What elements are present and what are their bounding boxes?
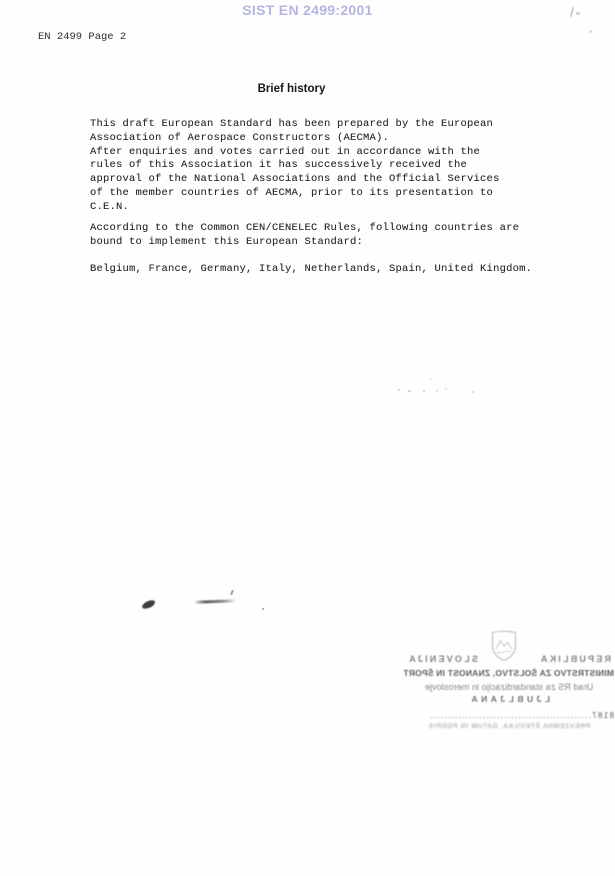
scan-dust-speck [423,390,425,392]
ministry-stamp-mirrored: REPUBLIKA SLOVENIJA MINISTRSTVO ZA ŠOLST… [404,628,614,746]
ink-tick-mark [230,590,234,595]
stamp-ministry-line: MINISTRSTVO ZA ŠOLSTVO, ZNANOST IN ŠPORT [404,668,614,678]
history-paragraph: This draft European Standard has been pr… [90,118,500,215]
scan-dust-speck [472,391,474,393]
stamp-country-right: SLOVENIJA [407,654,478,664]
scan-dust-speck [445,388,447,390]
scan-dust-speck [436,390,438,392]
scan-dust-speck [430,378,432,380]
stamp-city-line: LJUBLJANA [404,694,614,704]
ink-dot-mark [262,608,264,610]
scan-dust-speck [398,389,400,391]
scanned-document-page: SIST EN 2499:2001 EN 2499 Page 2 Brief h… [0,0,615,876]
stamp-footer-line: PREVZEMNA ŠTEVILKA, DATUM IN PODPIS [404,723,614,730]
cen-cenelec-paragraph: According to the Common CEN/CENELEC Rule… [90,222,519,250]
scan-dust-speck [408,390,411,392]
scan-artifact-speck [589,30,592,33]
countries-list-line: Belgium, France, Germany, Italy, Netherl… [90,263,532,277]
sist-watermark: SIST EN 2499:2001 [0,2,615,18]
stamp-office-line: Urad RS za standardizacijo in meroslovje [404,682,614,692]
ink-smear-line [195,599,237,603]
page-title: Brief history [0,83,599,95]
stamp-country-line: REPUBLIKA SLOVENIJA [404,654,614,664]
page-number-label: EN 2499 Page 2 [38,31,126,43]
stamp-country-left: REPUBLIKA [539,654,611,664]
ink-smudge-blob [142,599,155,609]
stamp-number-line: 8187....................................… [404,711,614,720]
